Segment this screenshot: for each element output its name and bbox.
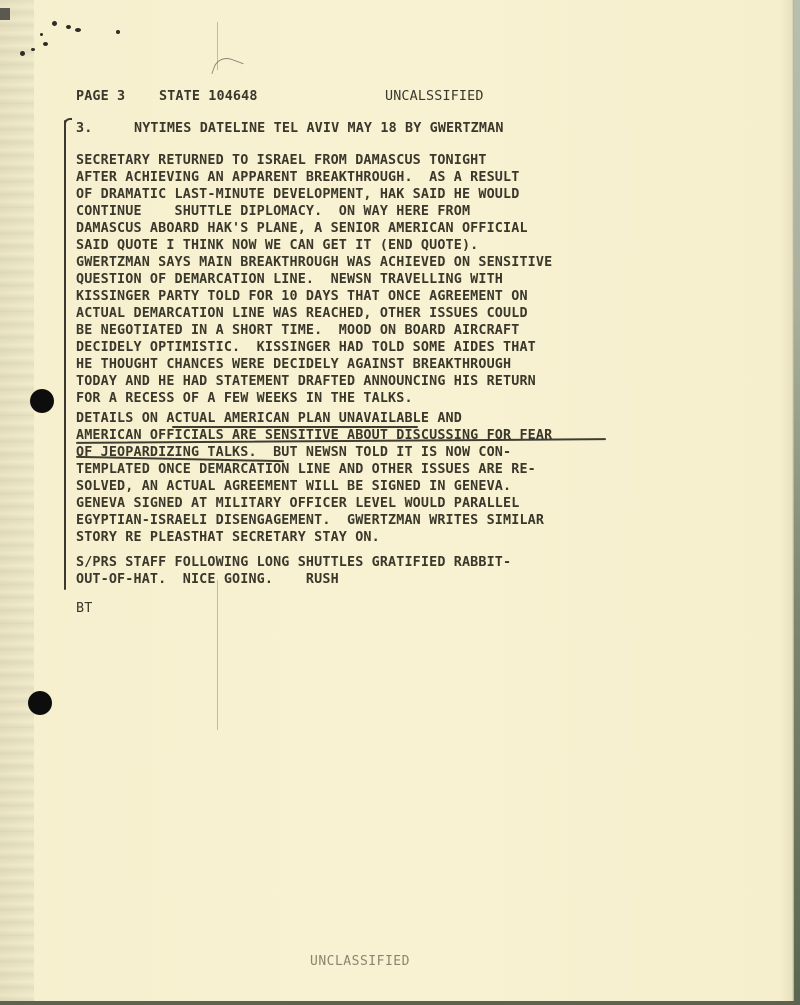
item-number: 3. [76,121,92,137]
margin-bracket-line [64,120,66,590]
ink-speck [66,25,71,29]
text-line: QUESTION OF DEMARCATION LINE. NEWSN TRAV… [76,272,503,288]
text-line: OUT-OF-HAT. NICE GOING. RUSH [76,572,339,588]
fold-line [217,580,218,730]
text-line: GWERTZMAN SAYS MAIN BREAKTHROUGH WAS ACH… [76,255,552,271]
text-line: CONTINUE SHUTTLE DIPLOMACY. ON WAY HERE … [76,204,470,220]
punch-hole-icon [28,691,52,715]
corner-mark [0,8,10,20]
text-line: FOR A RECESS OF A FEW WEEKS IN THE TALKS… [76,391,413,407]
text-line: OF DRAMATIC LAST-MINUTE DEVELOPMENT, HAK… [76,187,519,203]
text-line: SECRETARY RETURNED TO ISRAEL FROM DAMASC… [76,153,487,169]
ink-speck [116,30,120,34]
text-line: HE THOUGHT CHANCES WERE DECIDELY AGAINST… [76,357,511,373]
text-line: DETAILS ON ACTUAL AMERICAN PLAN UNAVAILA… [76,411,462,427]
text-line: TEMPLATED ONCE DEMARCATION LINE AND OTHE… [76,462,536,478]
punch-hole-icon [30,389,54,413]
item-heading: NYTIMES DATELINE TEL AVIV MAY 18 BY GWER… [134,121,504,137]
text-line: S/PRS STAFF FOLLOWING LONG SHUTTLES GRAT… [76,555,511,571]
footer-classification: UNCLASSIFIED [310,954,410,969]
ink-speck [52,21,57,26]
cable-reference: STATE 104648 [159,89,258,105]
scan-left-margin-strip [0,0,34,1005]
scan-bottom-edge [0,1001,800,1005]
text-line: STORY RE PLEASTHAT SECRETARY STAY ON. [76,530,380,546]
document-page: PAGE 3 STATE 104648 UNCALSSIFIED 3. NYTI… [0,0,800,1005]
text-line: SOLVED, AN ACTUAL AGREEMENT WILL BE SIGN… [76,479,511,495]
ink-speck [40,33,43,36]
page-label: PAGE 3 [76,89,125,105]
ink-speck [20,51,25,56]
scan-right-edge [794,0,800,1005]
text-line: SAID QUOTE I THINK NOW WE CAN GET IT (EN… [76,238,478,254]
closing-bt: BT [76,601,92,617]
text-line: AFTER ACHIEVING AN APPARENT BREAKTHROUGH… [76,170,519,186]
ink-speck [75,28,81,32]
text-line: GENEVA SIGNED AT MILITARY OFFICER LEVEL … [76,496,519,512]
text-line: KISSINGER PARTY TOLD FOR 10 DAYS THAT ON… [76,289,528,305]
text-line: TODAY AND HE HAD STATEMENT DRAFTED ANNOU… [76,374,536,390]
header-classification: UNCALSSIFIED [385,89,484,105]
text-line: EGYPTIAN-ISRAELI DISENGAGEMENT. GWERTZMA… [76,513,544,529]
text-line: BE NEGOTIATED IN A SHORT TIME. MOOD ON B… [76,323,519,339]
text-line: DECIDELY OPTIMISTIC. KISSINGER HAD TOLD … [76,340,536,356]
text-line: DAMASCUS ABOARD HAK'S PLANE, A SENIOR AM… [76,221,528,237]
handwritten-underline [172,426,418,428]
ink-speck [43,42,48,46]
text-line: ACTUAL DEMARCATION LINE WAS REACHED, OTH… [76,306,528,322]
ink-speck [31,48,35,51]
